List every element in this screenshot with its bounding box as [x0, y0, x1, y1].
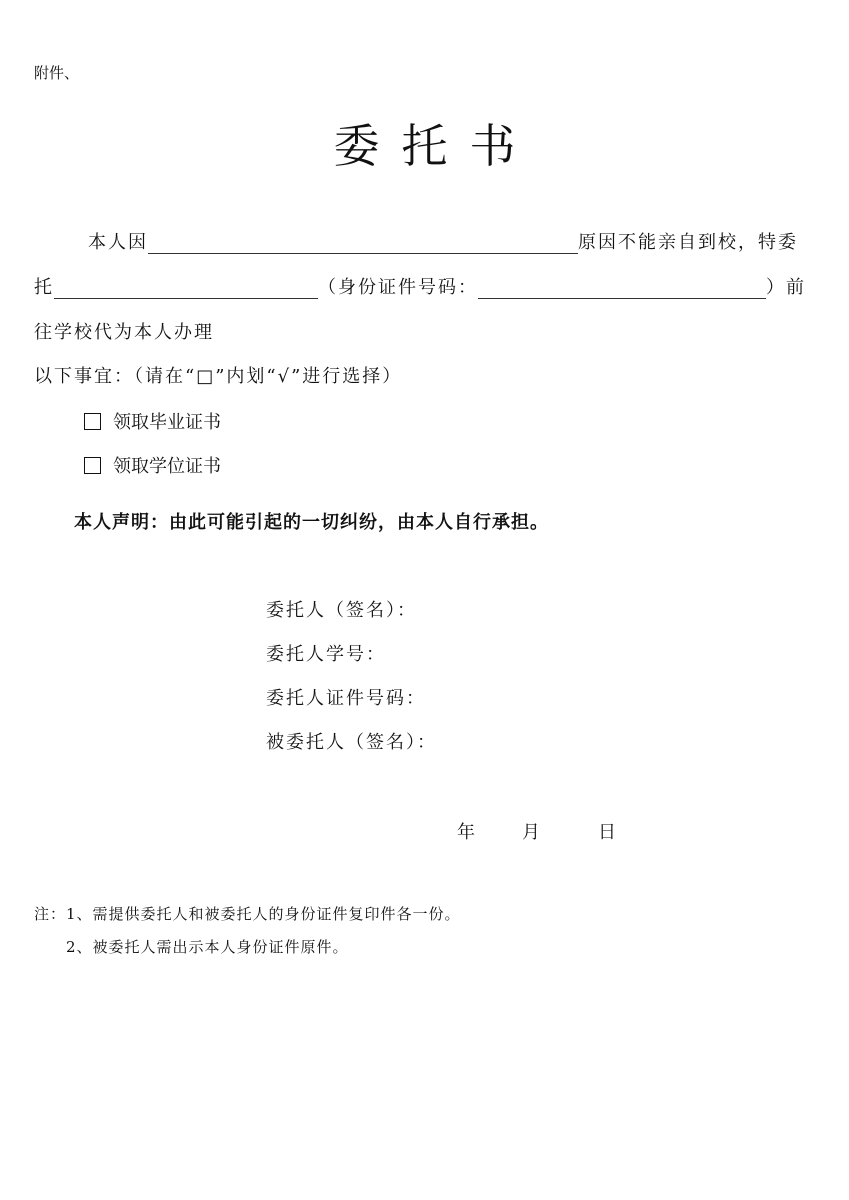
- checkbox-icon[interactable]: [84, 413, 101, 430]
- agent-id-label: （身份证件号码：: [318, 277, 478, 298]
- principal-student-id-label: 委托人学号：: [266, 640, 386, 666]
- date-day: 日: [598, 818, 618, 844]
- date-year: 年: [457, 818, 477, 844]
- principal-signature-label: 委托人（签名）：: [266, 596, 417, 622]
- reason-field[interactable]: [148, 233, 578, 254]
- agent-suffix: ）前: [766, 277, 806, 298]
- agent-signature-label: 被委托人（签名）：: [266, 728, 437, 754]
- checkbox-icon[interactable]: [84, 457, 101, 474]
- agent-name-field[interactable]: [54, 278, 318, 299]
- purpose-line: 往学校代为本人办理: [34, 318, 214, 344]
- document-title: 委托书: [0, 110, 849, 176]
- option-degree-certificate[interactable]: 领取学位证书: [84, 452, 221, 478]
- instruction-line: 以下事宜：（请在“□”内划“√”进行选择）: [34, 362, 402, 388]
- principal-id-number-label: 委托人证件号码：: [266, 684, 426, 710]
- declaration: 本人声明：由此可能引起的一切纠纷，由本人自行承担。: [74, 508, 549, 534]
- note-2: 2、被委托人需出示本人身份证件原件。: [66, 936, 349, 957]
- agent-line: 托（身份证件号码：）前: [34, 273, 806, 299]
- reason-suffix: 原因不能亲自到校，特委: [578, 232, 798, 253]
- note-1: 注：1、需提供委托人和被委托人的身份证件复印件各一份。: [34, 903, 461, 924]
- date-month: 月: [522, 818, 542, 844]
- agent-id-field[interactable]: [478, 278, 766, 299]
- reason-prefix: 本人因: [88, 232, 148, 253]
- agent-prefix: 托: [34, 277, 54, 298]
- option-graduation-certificate[interactable]: 领取毕业证书: [84, 408, 221, 434]
- reason-line: 本人因原因不能亲自到校，特委: [88, 228, 798, 254]
- attachment-label: 附件、: [34, 62, 79, 83]
